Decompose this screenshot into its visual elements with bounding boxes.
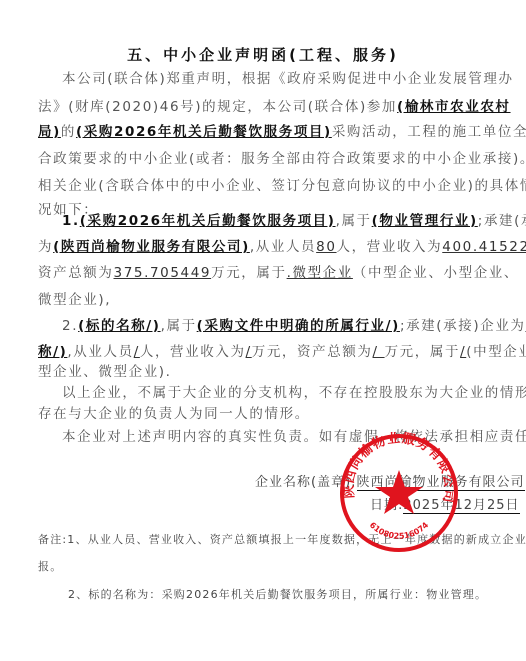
item-number: 2. [62, 318, 78, 334]
item-text: ;承建(承接)企业为 [400, 318, 526, 334]
intro-line-1: 本公司(联合体)郑重声明，根据《政府采购促进中小企业发展管理办 [62, 70, 490, 88]
item1-industry: (物业管理行业) [372, 213, 478, 229]
item-text: 人，营业收入为 [337, 239, 443, 255]
declaration-page: 五、中小企业声明函(工程、服务) 本公司(联合体)郑重声明，根据《政府采购促进中… [0, 0, 526, 661]
item1-size: .微型企业 [287, 265, 353, 281]
project-name: (采购2026年机关后勤餐饮服务项目) [76, 124, 332, 140]
item-text: ,属于 [161, 318, 197, 334]
item1-company: (陕西尚榆物业服务有限公司) [53, 239, 250, 255]
note-2: 2、标的名称为：采购2026年机关后勤餐饮服务项目，所属行业：物业管理。 [68, 586, 520, 604]
item2-assets: / [373, 344, 385, 360]
item1-revenue: 400.415228 [442, 239, 526, 255]
note-1-cont: 报。 [38, 558, 490, 576]
item-text: 万元，属于 [385, 344, 461, 360]
company-seal-icon: 陕西尚榆物业服务有限公司 6108025160745 [338, 432, 460, 554]
item-text: (中型企业、小 [466, 344, 526, 360]
item-text: 为 [38, 239, 53, 255]
item1-project: (采购2026年机关后勤餐饮服务项目) [80, 213, 336, 229]
item1-line-4: 微型企业), [38, 291, 490, 309]
item2-industry: (采购文件中明确的所属行业/) [197, 318, 400, 334]
intro-line-4: 合政策要求的中小企业(或者：服务全部由符合政策要求的中小企业承接)。 [38, 150, 490, 168]
intro-line-3: 局)的(采购2026年机关后勤餐饮服务项目)采购活动，工程的施工单位全部为符 [38, 123, 490, 141]
item2-target: (标的名称/) [78, 318, 160, 334]
item-text: （中型企业、小型企业、 [353, 265, 519, 281]
item-text: ,从业人员 [67, 344, 133, 360]
intro-text: 法》(财库(2020)46号)的规定，本公司(联合体)参加 [38, 99, 397, 115]
item1-assets: 375.705449 [114, 265, 212, 281]
item-text: 资产总额为 [38, 265, 114, 281]
item1-staff: 80 [316, 239, 336, 255]
item-text: ,属于 [336, 213, 372, 229]
closing-line-2: 存在与大企业的负责人为同一人的情形。 [38, 405, 490, 423]
item-text: 万元，资产总额为 [252, 344, 373, 360]
purchaser-name: (榆林市农业农村 [397, 99, 510, 115]
item-text: 人，营业收入为 [140, 344, 246, 360]
item-text: ,从业人员 [250, 239, 316, 255]
item1-line-1: 1.(采购2026年机关后勤餐饮服务项目),属于(物业管理行业);承建(承接)企… [62, 212, 490, 230]
intro-line-5: 相关企业(含联合体中的中小企业、签订分包意向协议的中小企业)的具体情 [38, 177, 490, 195]
closing-line-1: 以上企业，不属于大企业的分支机构，不存在控股股东为大企业的情形，也不 [62, 384, 490, 402]
item2-company-cont: 称/) [38, 344, 67, 360]
item2-line-1: 2.(标的名称/),属于(采购文件中明确的所属行业/);承建(承接)企业为(企业… [62, 317, 490, 335]
item-text: 万元，属于 [211, 265, 287, 281]
item2-line-2: 称/),从业人员/人，营业收入为/万元，资产总额为/ 万元，属于/(中型企业、小 [38, 343, 490, 361]
item-number: 1. [62, 213, 80, 229]
purchaser-name-cont: 局) [38, 124, 61, 140]
intro-text: 的 [61, 124, 76, 140]
item1-line-2: 为(陕西尚榆物业服务有限公司),从业人员80人，营业收入为400.415228万… [38, 238, 490, 256]
intro-line-2: 法》(财库(2020)46号)的规定，本公司(联合体)参加(榆林市农业农村 [38, 98, 490, 116]
item-text: ;承建(承接)企业 [478, 213, 526, 229]
item1-line-3: 资产总额为375.705449万元，属于.微型企业（中型企业、小型企业、 [38, 264, 490, 282]
page-title: 五、中小企业声明函(工程、服务) [0, 44, 526, 65]
intro-text: 采购活动，工程的施工单位全部为符 [332, 124, 526, 140]
item2-line-3: 型企业、微型企业). [38, 363, 490, 381]
